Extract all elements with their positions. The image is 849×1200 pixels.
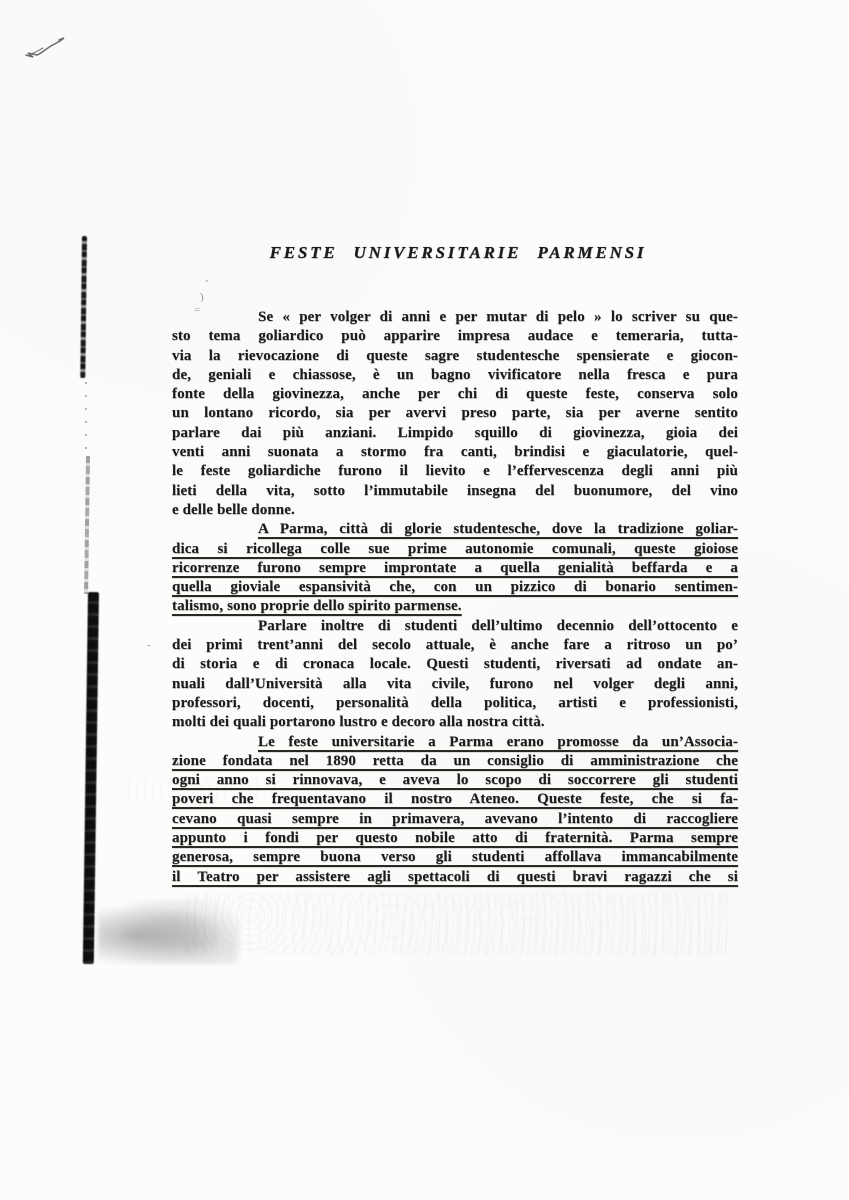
text-line: appunto i fondi per questo nobile atto d… (172, 829, 738, 848)
text-line: sto tema goliardico può apparire impresa… (172, 327, 738, 346)
text-line: il Teatro per assistere agli spettacoli … (172, 868, 738, 887)
page-text-block: FESTE UNIVERSITARIE PARMENSI Se « per vo… (172, 243, 738, 887)
text-line: molti dei quali portarono lustro e decor… (172, 713, 738, 732)
text-line: parlare dai più anziani. Limpido squillo… (172, 424, 738, 443)
text-line: nuali dall’Università alla vita civile, … (172, 675, 738, 694)
text-line: poveri che frequentavano il nostro Atene… (172, 790, 738, 809)
text-line: zione fondata nel 1890 retta da un consi… (172, 752, 738, 771)
text-line: fonte della giovinezza, anche per chi di… (172, 385, 738, 404)
text-line: via la rievocazione di queste sagre stud… (172, 347, 738, 366)
page-title: FESTE UNIVERSITARIE PARMENSI (178, 243, 738, 263)
gutter-shadow-middle-segment (84, 456, 90, 594)
paragraph-underlined: Le feste universitarie a Parma erano pro… (172, 733, 738, 887)
text-line: talismo, sono proprie dello spirito parm… (172, 597, 738, 616)
text-line: Parlare inoltre di studenti dell’ultimo … (172, 617, 738, 636)
text-line: e delle belle donne. (172, 501, 738, 520)
text-line: un lontano ricordo, sia per avervi preso… (172, 404, 738, 423)
text-line: professori, docenti, personalità della p… (172, 694, 738, 713)
text-line: ricorrenze furono sempre improntate a qu… (172, 559, 738, 578)
text-line: quella gioviale espansività che, con un … (172, 578, 738, 597)
gutter-shadow-dotted-segment (85, 382, 87, 454)
gutter-shadow-top-segment (80, 236, 87, 378)
paragraph-underlined: A Parma, città di glorie studentesche, d… (172, 520, 738, 616)
scanned-document-page: ’ ) = - FESTE UNIVERSITARIE PARMENSI Se … (0, 0, 849, 1200)
body-paragraphs: Se « per volger di anni e per mutar di p… (172, 308, 738, 887)
text-line: lieti della vita, sotto l’immutabile ins… (172, 482, 738, 501)
text-line: venti anni suonata a stormo fra canti, b… (172, 443, 738, 462)
text-line: generosa, sempre buona verso gli student… (172, 848, 738, 867)
text-line: Le feste universitarie a Parma erano pro… (172, 733, 738, 752)
text-line: le feste goliardiche furono il lievito e… (172, 462, 738, 481)
paragraph: Se « per volger di anni e per mutar di p… (172, 308, 738, 520)
text-line: dica si ricollega colle sue prime autono… (172, 540, 738, 559)
ink-speck: - (147, 640, 151, 650)
text-line: di storia e di cronaca locale. Questi st… (172, 655, 738, 674)
paragraph: Parlare inoltre di studenti dell’ultimo … (172, 617, 738, 733)
text-line: A Parma, città di glorie studentesche, d… (172, 520, 738, 539)
text-line: Se « per volger di anni e per mutar di p… (172, 308, 738, 327)
photocopy-noise-band (185, 893, 730, 955)
text-line: cevano quasi sempre in primavera, avevan… (172, 810, 738, 829)
pen-scribble-mark (22, 28, 74, 62)
text-line: dei primi trent’anni del secolo attuale,… (172, 636, 738, 655)
text-line: ogni anno si rinnovava, e aveva lo scopo… (172, 771, 738, 790)
gutter-shadow-bottom-segment (83, 592, 99, 964)
text-line: de, geniali e chiassose, è un bagno vivi… (172, 366, 738, 385)
